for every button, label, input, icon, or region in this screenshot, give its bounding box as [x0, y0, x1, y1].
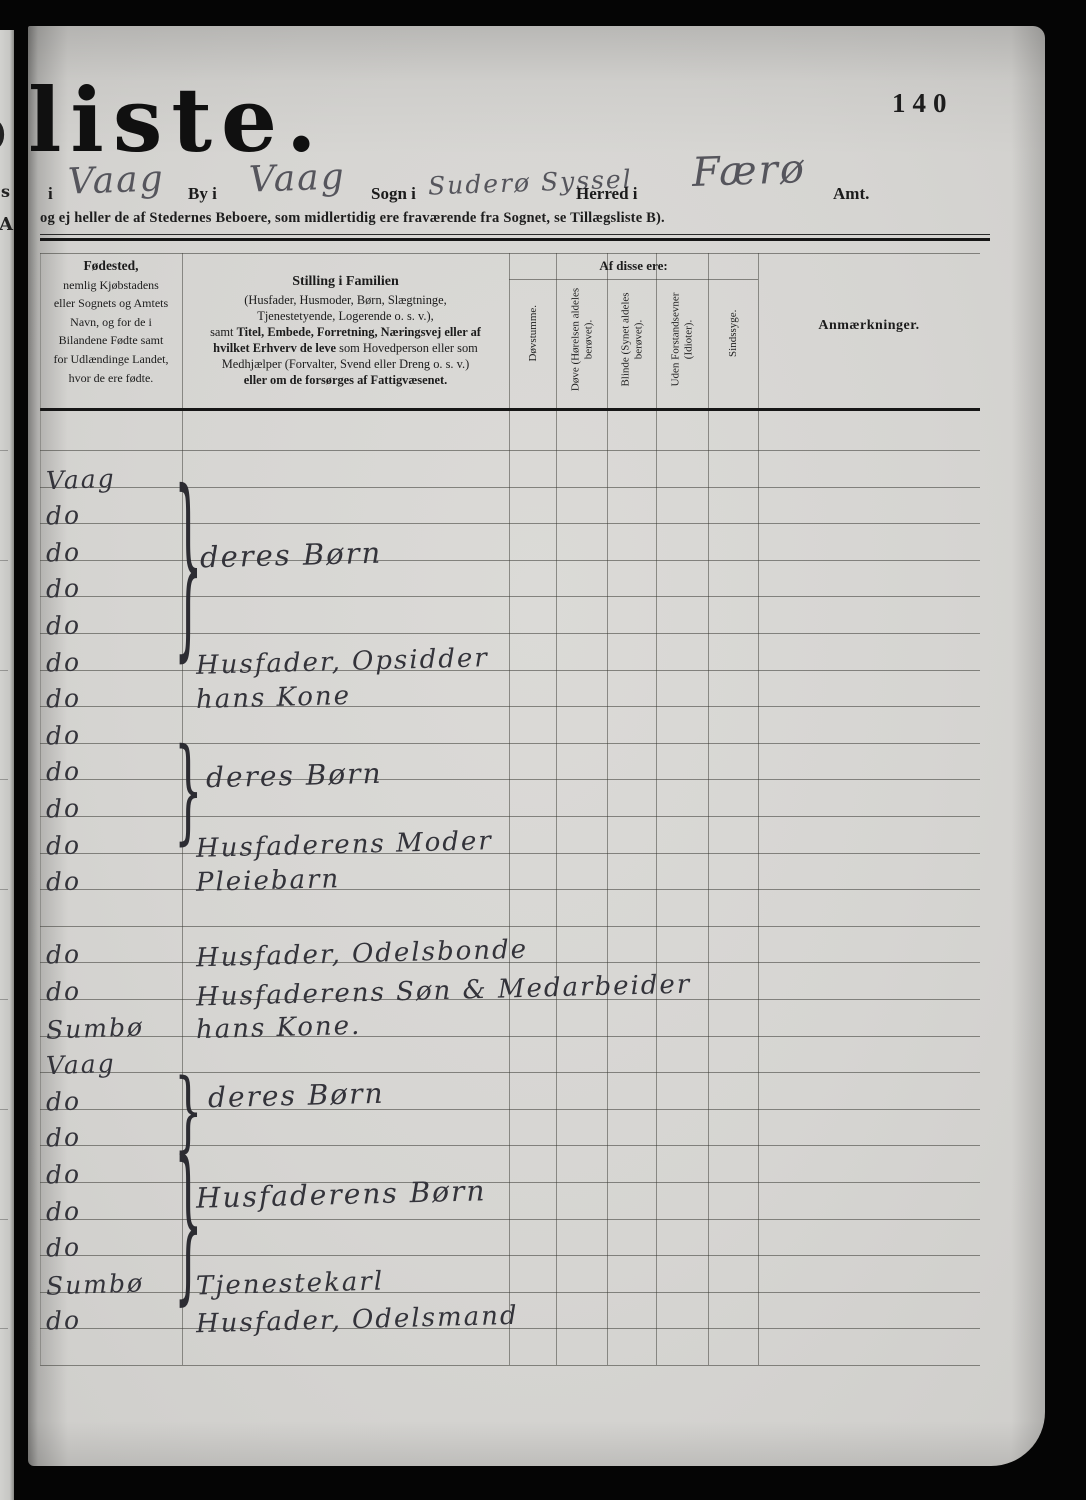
fodested-header-line: nemlig Kjøbstadens — [40, 276, 182, 295]
grouping-brace: } — [174, 466, 203, 664]
sliver-ruled-line-stub — [0, 670, 8, 671]
stilling-header-line: Stilling i Familien — [182, 272, 509, 292]
brace-label: deres Børn — [200, 536, 383, 575]
census-page: liste. 140 iVaagBy iVaagSogn iSuderø Sys… — [28, 26, 1045, 1466]
disability-column-label: Døve (Hørelsen aldeles berøvet). — [569, 274, 594, 406]
stilling-header-segment: Tjenestetyende, Logerende o. s. v.), — [257, 309, 433, 323]
brace-label: deres Børn — [206, 757, 383, 795]
header-vertical-line — [607, 253, 608, 408]
stilling-header-line: Medhjælper (Forvalter, Svend eller Dreng… — [182, 356, 509, 372]
table-row: Sumbøhans Kone. — [40, 999, 980, 1036]
header-vertical-line — [656, 253, 657, 408]
fodested-header-line: for Udlændinge Landet, — [40, 350, 182, 369]
sliver-ruled-line-stub — [0, 560, 8, 561]
stilling-header-segment: Medhjælper (Forvalter, Svend eller Dreng… — [222, 357, 470, 371]
cutoff-letter-fragment: ö — [0, 92, 7, 167]
sliver-ruled-line-stub — [0, 779, 8, 780]
header-top-line — [40, 253, 980, 254]
header-vertical-line — [758, 253, 759, 408]
location-handwritten-value: Færø — [691, 146, 806, 196]
cutoff-letter-fragment: A — [0, 214, 13, 235]
stilling-header-segment: Stilling i Familien — [292, 274, 399, 289]
page-number: 140 — [892, 88, 954, 119]
heading-rule-thick — [40, 238, 990, 241]
location-printed-label: By i — [188, 184, 217, 204]
stilling-header-line: Tjenestetyende, Logerende o. s. v.), — [182, 308, 509, 324]
fodested-header-line: eller Sognets og Amtets — [40, 294, 182, 313]
stilling-header-line: samt Titel, Embede, Forretning, Næringsv… — [182, 324, 509, 340]
grouping-brace: } — [174, 1140, 203, 1307]
location-printed-label: Sogn i — [371, 184, 416, 204]
header-vertical-line — [556, 253, 557, 408]
location-printed-label: Amt. — [833, 184, 869, 204]
header-vertical-line — [708, 253, 709, 408]
left-page-sliver: ösA — [0, 30, 14, 1500]
stilling-header-segment: hvilket Erhverv de leve — [213, 341, 336, 355]
stilling-header-segment: eller om de forsørges af Fattigvæsenet. — [244, 373, 447, 387]
sliver-ruled-line-stub — [0, 889, 8, 890]
cutoff-letter-fragment: s — [1, 182, 10, 201]
sliver-ruled-line-stub — [0, 1109, 8, 1110]
disability-column-label: Sindssyge. — [727, 267, 740, 399]
grouping-brace: } — [174, 734, 203, 847]
af-disse-ere-header: Af disse ere: — [509, 258, 758, 274]
table-row: doPleiebarn — [40, 853, 980, 890]
note-line: og ej heller de af Stedernes Beboere, so… — [40, 210, 665, 227]
column-stilling-header: Stilling i Familien(Husfader, Husmoder, … — [182, 272, 509, 388]
sliver-ruled-line-stub — [0, 999, 8, 1000]
sliver-ruled-line-stub — [0, 1328, 8, 1329]
header-bottom-rule — [40, 408, 980, 411]
header-vertical-line — [509, 253, 510, 408]
table-row — [40, 1328, 980, 1365]
fodested-header-line: hvor de ere fødte. — [40, 369, 182, 388]
table-row: doHusfaderens Søn & Medarbeider — [40, 962, 980, 999]
stilling-header-segment: Titel, Embede, Forretning, Næringsvej el… — [237, 325, 481, 339]
stilling-header-line: hvilket Erhverv de leve som Hovedperson … — [182, 340, 509, 356]
page-title-fragment: liste. — [28, 76, 326, 164]
fodested-header-line: Fødested, — [40, 257, 182, 276]
disability-column-label: Uden Forstandsevner (Idioter). — [670, 274, 695, 406]
location-printed-label: i — [48, 184, 53, 204]
heading-rule-thin — [40, 234, 990, 235]
header-vertical-line — [182, 253, 183, 408]
location-printed-label: Herred i — [576, 184, 638, 204]
stilling-header-segment: (Husfader, Husmoder, Børn, Slægtninge, — [244, 293, 446, 307]
table-row — [40, 889, 980, 926]
table-row: doHusfader, Odelsbonde — [40, 926, 980, 963]
stilling-header-line: (Husfader, Husmoder, Børn, Slægtninge, — [182, 292, 509, 308]
column-fodested-header: Fødested,nemlig Kjøbstadenseller Sognets… — [40, 257, 182, 387]
disability-column-label: Døvstumme. — [526, 267, 539, 399]
location-handwritten-value: Vaag — [67, 158, 165, 202]
fodested-header-line: Bilandene Fødte samt — [40, 331, 182, 350]
disability-column-label: Blinde (Synet aldeles berøvet). — [619, 274, 644, 406]
stilling-header-line: eller om de forsørges af Fattigvæsenet. — [182, 372, 509, 388]
brace-label: deres Børn — [208, 1077, 385, 1115]
fodested-header-line: Navn, og for de i — [40, 313, 182, 332]
scanned-census-document: { "page": { "title_fragment": "liste.", … — [0, 0, 1086, 1500]
sliver-ruled-line-stub — [0, 450, 8, 451]
location-handwritten-value: Vaag — [248, 156, 346, 200]
anmaerkninger-header: Anmærkninger. — [758, 318, 980, 334]
af-disse-bottom-line — [509, 279, 758, 280]
ruled-line — [40, 1365, 980, 1366]
sliver-ruled-line-stub — [0, 1219, 8, 1220]
stilling-header-segment: som Hovedperson eller som — [336, 341, 478, 355]
stilling-header-segment: samt — [210, 325, 237, 339]
